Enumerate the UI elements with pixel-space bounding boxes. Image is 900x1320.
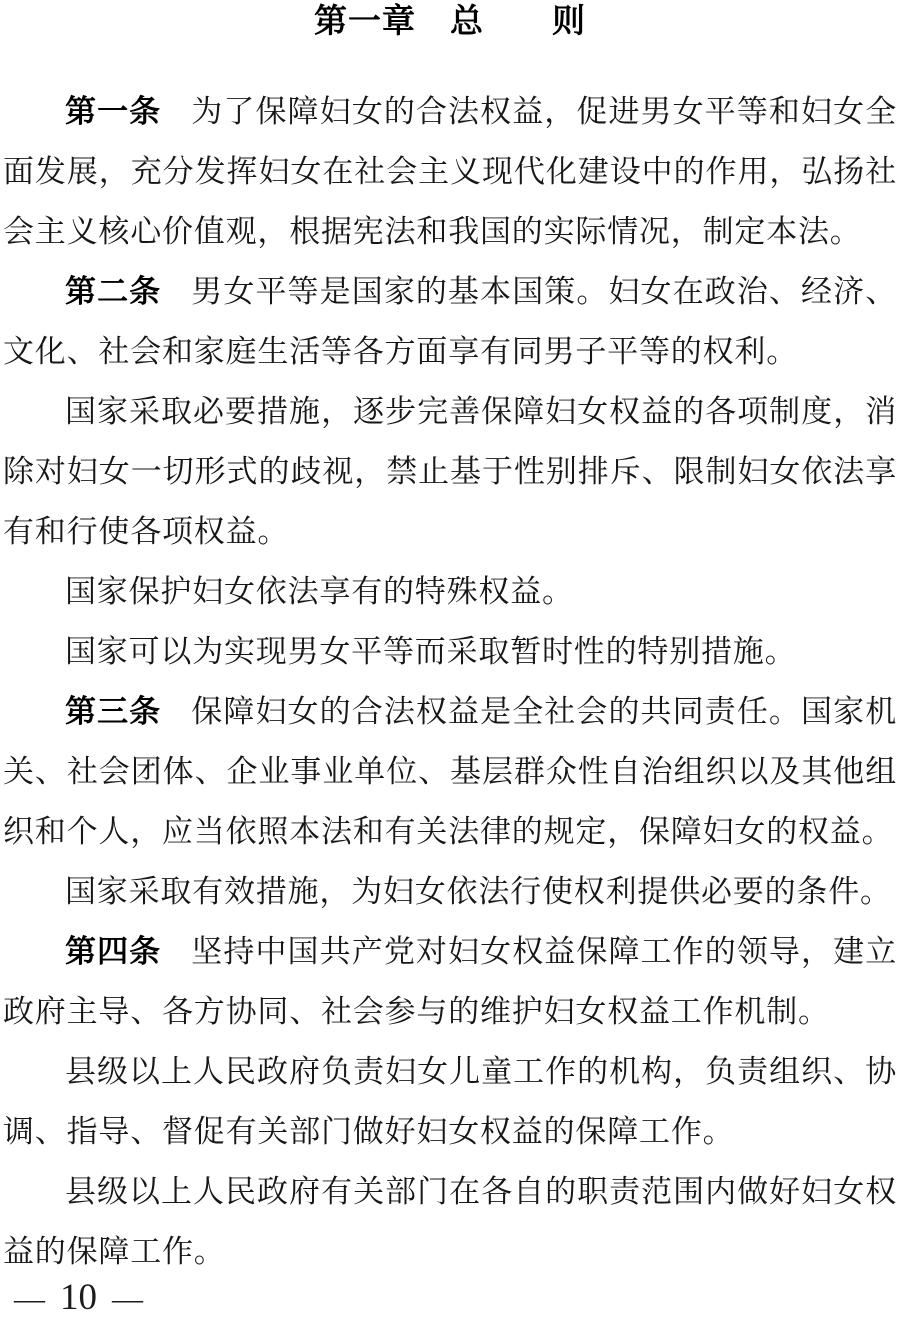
article-number: 第二条: [65, 274, 161, 309]
paragraph: 国家采取有效措施，为妇女依法行使权利提供必要的条件。: [3, 862, 897, 922]
paragraph: 第二条男女平等是国家的基本国策。妇女在政治、经济、文化、社会和家庭生活等各方面享…: [3, 262, 897, 382]
article-number: 第四条: [65, 934, 161, 969]
paragraph-text: 国家采取有效措施，为妇女依法行使权利提供必要的条件。: [65, 874, 892, 909]
document-body: 第一条为了保障妇女的合法权益，促进男女平等和妇女全面发展，充分发挥妇女在社会主义…: [3, 82, 897, 1282]
paragraph: 第四条坚持中国共产党对妇女权益保障工作的领导，建立政府主导、各方协同、社会参与的…: [3, 922, 897, 1042]
paragraph: 县级以上人民政府有关部门在各自的职责范围内做好妇女权益的保障工作。: [3, 1162, 897, 1282]
page-number: 10: [60, 1281, 97, 1315]
paragraph: 第一条为了保障妇女的合法权益，促进男女平等和妇女全面发展，充分发挥妇女在社会主义…: [3, 82, 897, 262]
footer-left-dash: —: [14, 1283, 45, 1314]
article-number: 第一条: [65, 94, 161, 129]
paragraph-text: 县级以上人民政府负责妇女儿童工作的机构，负责组织、协调、指导、督促有关部门做好妇…: [3, 1054, 897, 1149]
paragraph: 县级以上人民政府负责妇女儿童工作的机构，负责组织、协调、指导、督促有关部门做好妇…: [3, 1042, 897, 1162]
paragraph-text: 国家保护妇女依法享有的特殊权益。: [65, 574, 574, 609]
paragraph: 国家可以为实现男女平等而采取暂时性的特别措施。: [3, 622, 897, 682]
paragraph: 国家采取必要措施，逐步完善保障妇女权益的各项制度，消除对妇女一切形式的歧视，禁止…: [3, 382, 897, 562]
paragraph: 国家保护妇女依法享有的特殊权益。: [3, 562, 897, 622]
footer-right-dash: —: [112, 1283, 143, 1314]
article-number: 第三条: [65, 694, 161, 729]
paragraph-text: 国家采取必要措施，逐步完善保障妇女权益的各项制度，消除对妇女一切形式的歧视，禁止…: [3, 394, 897, 549]
paragraph-text: 国家可以为实现男女平等而采取暂时性的特别措施。: [65, 634, 796, 669]
paragraph: 第三条保障妇女的合法权益是全社会的共同责任。国家机关、社会团体、企业事业单位、基…: [3, 682, 897, 862]
document-page: 第一章 总 则 第一条为了保障妇女的合法权益，促进男女平等和妇女全面发展，充分发…: [0, 0, 900, 1320]
paragraph-text: 县级以上人民政府有关部门在各自的职责范围内做好妇女权益的保障工作。: [3, 1174, 897, 1269]
page-footer: — 10 —: [14, 1281, 143, 1315]
chapter-title: 第一章 总 则: [0, 1, 900, 41]
